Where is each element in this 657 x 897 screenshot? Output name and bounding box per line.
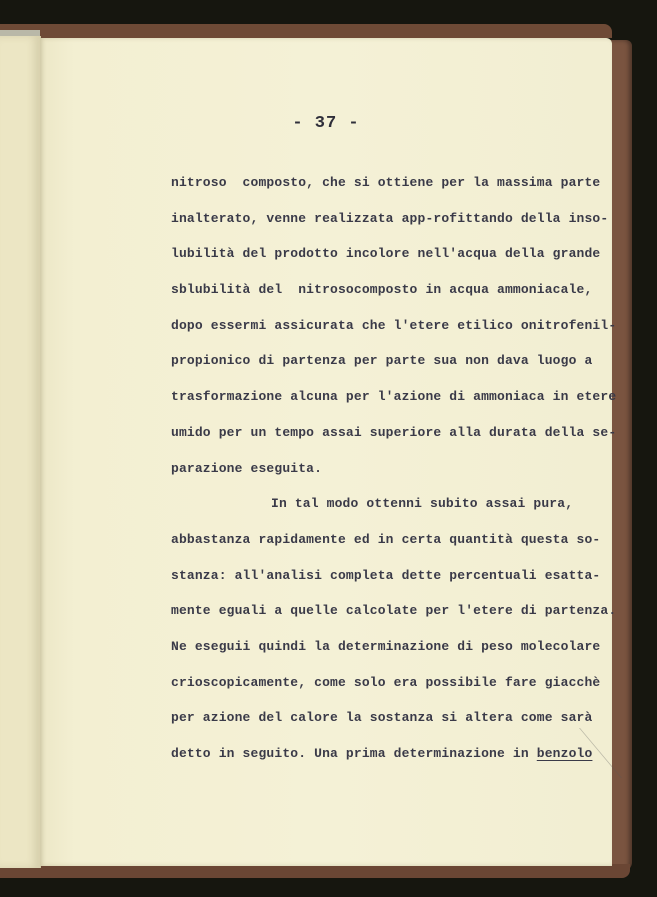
text-line: abbastanza rapidamente ed in certa quant… [171,528,601,564]
text-line: mente eguali a quelle calcolate per l'et… [171,599,601,635]
paragraph-start-line: In tal modo ottenni subito assai pura, [171,492,601,528]
text-line: umido per un tempo assai superiore alla … [171,421,601,457]
book-cover-top-edge [0,24,612,38]
text-line: trasformazione alcuna per l'azione di am… [171,385,601,421]
text-line: inalterato, venne realizzata app-rofitta… [171,207,601,243]
text-line: lubilità del prodotto incolore nell'acqu… [171,242,601,278]
text-line-last: detto in seguito. Una prima determinazio… [171,742,601,778]
page-number: - 37 - [40,114,612,133]
typewritten-page: - 37 - nitroso composto, che si ottiene … [40,38,612,866]
text-line: dopo essermi assicurata che l'etere etil… [171,314,601,350]
text-line: stanza: all'analisi completa dette perce… [171,564,601,600]
book-cover-bottom-edge [0,864,630,878]
text-line: per azione del calore la sostanza si alt… [171,706,601,742]
text-line: propionico di partenza per parte sua non… [171,349,601,385]
underlined-word: benzolo [537,746,593,761]
last-line-text: detto in seguito. Una prima determinazio… [171,746,537,761]
text-line: nitroso composto, che si ottiene per la … [171,171,601,207]
text-line: crioscopicamente, come solo era possibil… [171,671,601,707]
text-line: Ne eseguii quindi la determinazione di p… [171,635,601,671]
left-facing-page [0,36,41,868]
text-line: sblubilità del nitrosocomposto in acqua … [171,278,601,314]
text-line: parazione eseguita. [171,457,601,493]
body-text: nitroso composto, che si ottiene per la … [171,171,601,778]
